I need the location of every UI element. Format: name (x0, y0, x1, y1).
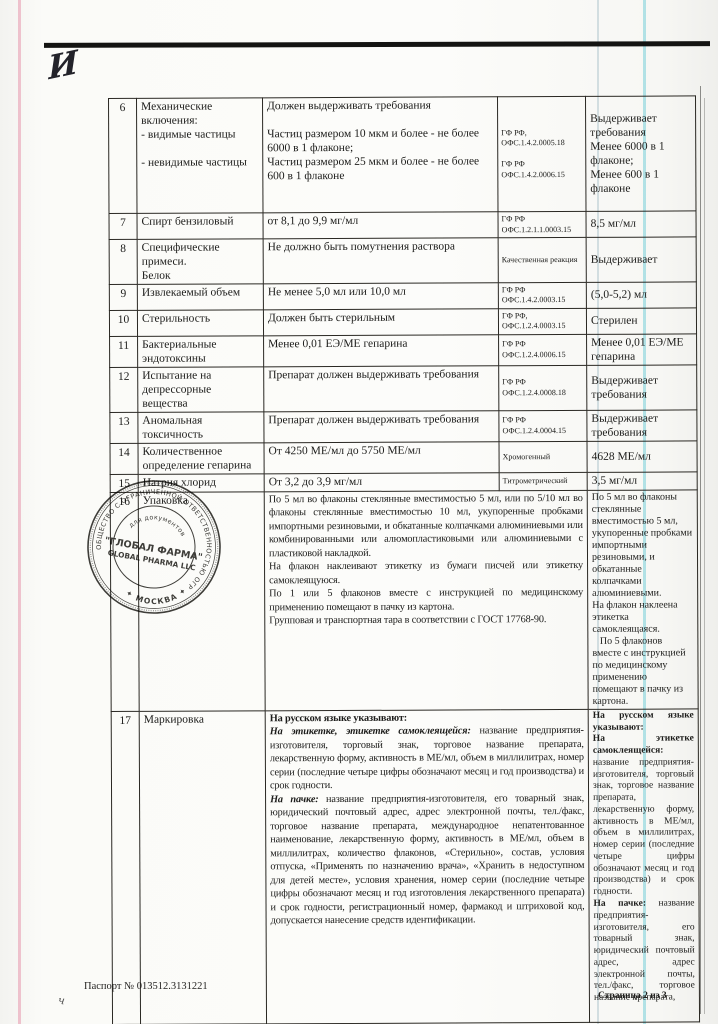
top-rule (44, 41, 710, 48)
row-number: 11 (110, 336, 138, 367)
result-cell: Выдерживает требования (587, 365, 697, 411)
table-row: 6 Механические включения: - видимые част… (109, 96, 696, 214)
pack-lead: На пачке: (270, 794, 319, 805)
result-label-paragraph: На этикетке самоклеящейся: название пред… (593, 734, 695, 899)
marking-label-paragraph: На этикетке, этикетке самоклеящейся: наз… (270, 724, 584, 793)
result-intro: На русском языке указывают: (593, 710, 694, 734)
row-number: 9 (109, 284, 137, 310)
requirement-cell: Должен выдерживать требования Частиц раз… (263, 97, 498, 213)
marking-intro: На русском языке указывают: (270, 711, 584, 726)
requirement-cell: От 4250 МЕ/мл до 5750 МЕ/мл (264, 442, 499, 474)
stamp-graphic: ОБЩЕСТВО С ОГРАНИЧЕННОЙ ОТВЕТСТВЕННОСТЬЮ… (80, 473, 227, 620)
parameter-name-cell: Количественное определение гепарина (138, 443, 264, 475)
parameter-name-cell: Стерильность (137, 310, 263, 336)
table-row: 14 Количественное определение гепарина О… (110, 441, 697, 475)
method-cell: ГФ РФ ОФС.1.2.1.1.0003.15 (498, 211, 586, 237)
row-number: 14 (110, 443, 138, 474)
pack-text: название предприятия-изготовителя, его т… (270, 793, 584, 927)
result-label-text: название предприятия-изготовителя, торго… (593, 757, 695, 897)
table-row: 13 Аномальная токсичность Препарат долже… (110, 410, 697, 444)
parameter-name-cell: Механические включения: - видимые частиц… (137, 98, 264, 214)
stamp-city-text: ✦ МОСКВА ✦ (124, 585, 190, 608)
row-number: 17 (111, 711, 140, 1024)
result-cell: По 5 мл во флаконы стеклянные вместимост… (587, 490, 698, 709)
result-cell: 3,5 мг/мл (587, 472, 697, 490)
row-number: 8 (109, 239, 137, 284)
company-round-stamp: ОБЩЕСТВО С ОГРАНИЧЕННОЙ ОТВЕТСТВЕННОСТЬЮ… (80, 473, 227, 620)
parameter-name-cell: Маркировка (139, 711, 266, 1024)
parameter-name-cell: Спирт бензиловый (137, 213, 263, 240)
method-cell: Титрометрический (499, 472, 587, 490)
result-cell: Выдерживает (586, 237, 696, 283)
parameter-name-cell: Аномальная токсичность (138, 412, 264, 444)
result-pack-lead: На пачке: (593, 899, 646, 909)
result-cell: Менее 0,01 ЕЭ/МЕ гепарина (587, 334, 697, 366)
table-row: 12 Испытание на депрессорные вещества Пр… (110, 365, 697, 413)
row-number: 7 (109, 213, 137, 239)
result-label-lead: На этикетке самоклеящейся: (593, 734, 694, 756)
result-cell: Стерилен (586, 308, 696, 334)
table-row: 8 Специфические примеси. Белок Не должно… (109, 237, 696, 285)
method-cell: ГФ РФ ОФС.1.2.4.0008.18 (499, 365, 587, 410)
method-cell: ГФ РФ ОФС.1.2.4.0006.15 (499, 334, 587, 365)
requirement-cell: Препарат должен выдерживать требования (264, 410, 499, 442)
stamp-for-documents: для документов (127, 510, 189, 539)
row-number: 12 (110, 367, 138, 412)
marking-pack-paragraph: На пачке: название предприятия-изготовит… (270, 792, 585, 928)
table-row: 17 Маркировка На русском языке указывают… (111, 709, 699, 1024)
page-number: Страница 2 из 3 (598, 991, 667, 1001)
scanned-page: И 6 Механические включения: - видимые ча… (0, 0, 718, 1024)
result-cell: Выдерживает требования (587, 410, 697, 442)
result-cell: (5,0-5,2) мл (586, 282, 696, 308)
table-row: 9 Извлекаемый объем Не менее 5,0 мл или … (109, 282, 696, 310)
requirement-cell: От 3,2 до 3,9 мг/мл (264, 473, 499, 492)
handwritten-mark: И (48, 43, 79, 88)
scan-artifact-dark-streak (704, 98, 705, 1014)
requirement-cell: от 8,1 до 9,9 мг/мл (263, 212, 498, 239)
method-cell: ГФ РФ, ОФС.1.4.2.0005.18 ГФ РФ ОФС.1.4.2… (497, 96, 586, 211)
method-cell: ГФ РФ, ОФС.1.2.4.0003.15 (498, 308, 586, 334)
result-pack-text: название предприятия-изготовителя, его т… (594, 898, 695, 1003)
scan-artifact-dark-streak (700, 86, 701, 1014)
parameter-name-cell: Извлекаемый объем (137, 284, 263, 310)
method-cell: Хромогенный (499, 441, 587, 472)
table-row: 10 Стерильность Должен быть стерильным Г… (109, 308, 696, 336)
result-cell: 8,5 мг/мл (586, 211, 696, 237)
requirement-cell: Препарат должен выдерживать требования (264, 365, 499, 411)
label-lead: На этикетке, этикетке самоклеящейся: (270, 726, 471, 738)
method-cell: ГФ РФ ОФС.1.4.2.0003.15 (498, 282, 586, 308)
row-number: 6 (109, 98, 138, 213)
requirement-cell: По 5 мл во флаконы стеклянные вместимост… (264, 490, 588, 710)
parameter-name-cell: Испытание на депрессорные вещества (138, 366, 264, 412)
requirement-cell: Не должно быть помутнения раствора (263, 238, 498, 284)
result-cell: 4628 МЕ/мл (587, 441, 697, 473)
requirement-cell: Должен быть стерильным (263, 309, 498, 336)
row-number: 10 (109, 310, 137, 336)
requirement-cell: Менее 0,01 ЕЭ/МЕ гепарина (264, 334, 499, 366)
result-pack-paragraph: На пачке: название предприятия-изготовит… (593, 898, 694, 1004)
parameter-name-cell: Специфические примеси. Белок (137, 239, 263, 285)
method-cell: ГФ РФ ОФС.1.2.4.0004.15 (499, 410, 587, 441)
result-cell: Выдерживает требования Менее 6000 в 1 фл… (585, 96, 696, 211)
table-row: 11 Бактериальные эндотоксины Менее 0,01 … (110, 334, 697, 368)
row-number: 13 (110, 412, 138, 443)
result-cell: На русском языке указывают: На этикетке … (588, 709, 699, 1022)
table-row: 7 Спирт бензиловый от 8,1 до 9,9 мг/мл Г… (109, 211, 696, 240)
method-cell: Качественная реакция (498, 237, 586, 282)
scan-artifact-pink-line (18, 0, 21, 1024)
handwritten-tick: ч (57, 994, 66, 1008)
parameter-name-cell: Бактериальные эндотоксины (138, 335, 264, 367)
requirement-cell: Не менее 5,0 мл или 10,0 мл (263, 283, 498, 310)
passport-number: Паспорт № 013512.3131221 (84, 981, 208, 992)
requirement-cell: На русском языке указывают: На этикетке,… (265, 709, 589, 1023)
